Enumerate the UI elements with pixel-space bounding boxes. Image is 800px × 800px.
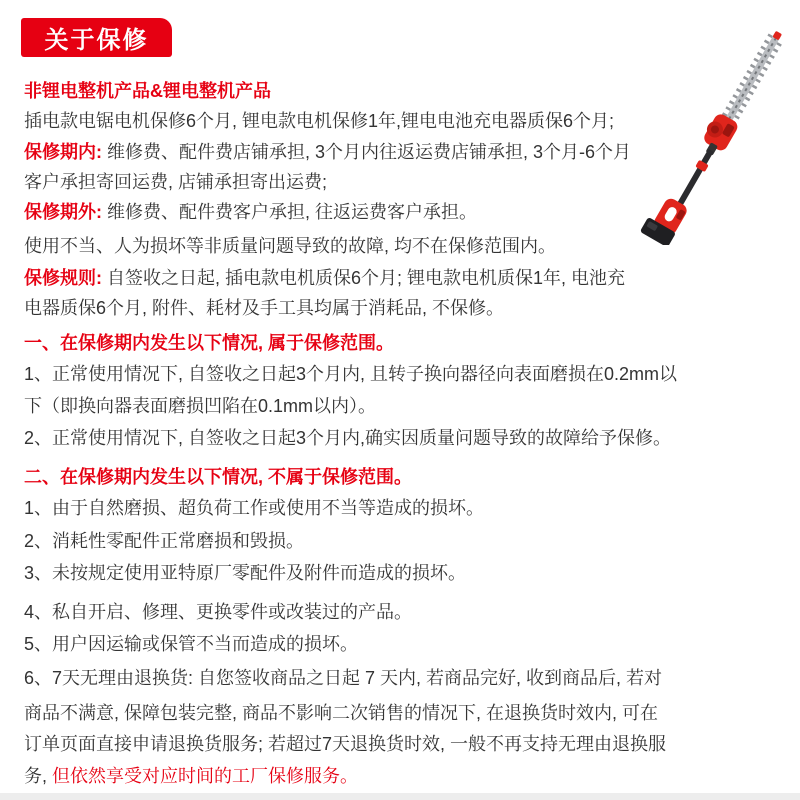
text-segment: 保修期内: [24, 142, 107, 162]
text-line: 5、用户因运输或保管不当而造成的损坏。 [24, 629, 780, 659]
text-segment: 1、由于自然磨损、超负荷工作或使用不当等造成的损坏。 [24, 498, 484, 518]
text-segment: 2、消耗性零配件正常磨损和毁损。 [24, 531, 304, 551]
text-segment: 保修期外: [24, 202, 107, 222]
text-line: 3、未按规定使用亚特原厂零配件及附件而造成的损坏。 [24, 558, 780, 588]
blade-tip-icon [772, 31, 782, 41]
text-line: 下（即换向器表面磨损凹陷在0.1mm以内）。 [24, 391, 780, 421]
text-segment: 1、正常使用情况下, 自签收之日起3个月内, 且转子换向器径向表面磨损在0.2m… [24, 364, 677, 384]
section-title-label: 关于保修 [45, 20, 149, 55]
text-segment: 使用不当、人为损坏等非质量问题导致的故障, 均不在保修范围内。 [24, 236, 556, 256]
text-line: 2、正常使用情况下, 自签收之日起3个月内,确实因质量问题导致的故障给予保修。 [24, 423, 780, 453]
text-segment: 客户承担寄回运费, 店铺承担寄出运费; [24, 172, 327, 192]
text-segment: 4、私自开启、修理、更换零件或改装过的产品。 [24, 602, 412, 622]
content-lines: 非锂电整机产品&锂电整机产品插电款电锯电机保修6个月, 锂电款电机保修1年,锂电… [24, 76, 780, 791]
bottom-divider-strip [0, 793, 800, 800]
text-line: 非锂电整机产品&锂电整机产品 [24, 76, 780, 106]
text-segment: 电器质保6个月, 附件、耗材及手工具均属于消耗品, 不保修。 [24, 298, 504, 318]
text-segment: 维修费、配件费店铺承担, 3个月内往返运费店铺承担, 3个月-6个月 [107, 142, 631, 162]
text-segment: 保修规则: [24, 268, 107, 288]
text-line: 保修期内: 维修费、配件费店铺承担, 3个月内往返运费店铺承担, 3个月-6个月 [24, 137, 780, 167]
text-line: 务, 但依然享受对应时间的工厂保修服务。 [24, 761, 780, 791]
text-line: 商品不满意, 保障包装完整, 商品不影响二次销售的情况下, 在退换货时效内, 可… [24, 698, 780, 728]
text-line: 客户承担寄回运费, 店铺承担寄出运费; [24, 167, 780, 197]
text-segment: 2、正常使用情况下, 自签收之日起3个月内,确实因质量问题导致的故障给予保修。 [24, 428, 671, 448]
text-line: 6、7天无理由退换货: 自您签收商品之日起 7 天内, 若商品完好, 收到商品后… [24, 663, 780, 693]
text-segment: 下（即换向器表面磨损凹陷在0.1mm以内）。 [24, 396, 376, 416]
text-segment: 5、用户因运输或保管不当而造成的损坏。 [24, 634, 358, 654]
text-line: 电器质保6个月, 附件、耗材及手工具均属于消耗品, 不保修。 [24, 293, 780, 323]
text-segment: 二、在保修期内发生以下情况, 不属于保修范围。 [24, 467, 412, 487]
text-segment: 维修费、配件费客户承担, 往返运费客户承担。 [107, 202, 477, 222]
text-line: 2、消耗性零配件正常磨损和毁损。 [24, 526, 780, 556]
text-line: 一、在保修期内发生以下情况, 属于保修范围。 [24, 328, 780, 358]
text-line: 使用不当、人为损坏等非质量问题导致的故障, 均不在保修范围内。 [24, 231, 780, 261]
text-segment: 3、未按规定使用亚特原厂零配件及附件而造成的损坏。 [24, 563, 466, 583]
section-title-badge: 关于保修 [21, 18, 172, 57]
text-segment: 商品不满意, 保障包装完整, 商品不影响二次销售的情况下, 在退换货时效内, 可… [24, 703, 658, 723]
text-segment: 6、7天无理由退换货: 自您签收商品之日起 7 天内, 若商品完好, 收到商品后… [24, 668, 662, 688]
text-line: 保修规则: 自签收之日起, 插电款电机质保6个月; 锂电款电机质保1年, 电池充 [24, 263, 780, 293]
text-segment: 订单页面直接申请退换货服务; 若超过7天退换货时效, 一般不再支持无理由退换服 [24, 734, 666, 754]
text-segment: 务, [24, 766, 52, 786]
text-line: 保修期外: 维修费、配件费客户承担, 往返运费客户承担。 [24, 197, 780, 227]
text-line: 1、由于自然磨损、超负荷工作或使用不当等造成的损坏。 [24, 493, 780, 523]
text-segment: 一、在保修期内发生以下情况, 属于保修范围。 [24, 333, 394, 353]
warranty-page: 关于保修 [0, 0, 800, 800]
text-segment: 但依然享受对应时间的工厂保修服务。 [52, 766, 358, 786]
text-line: 4、私自开启、修理、更换零件或改装过的产品。 [24, 597, 780, 627]
text-line: 订单页面直接申请退换货服务; 若超过7天退换货时效, 一般不再支持无理由退换服 [24, 729, 780, 759]
text-segment: 非锂电整机产品&锂电整机产品 [24, 81, 271, 101]
text-segment: 自签收之日起, 插电款电机质保6个月; 锂电款电机质保1年, 电池充 [107, 268, 625, 288]
text-line: 插电款电锯电机保修6个月, 锂电款电机保修1年,锂电电池充电器质保6个月; [24, 106, 780, 136]
text-line: 二、在保修期内发生以下情况, 不属于保修范围。 [24, 462, 780, 492]
text-segment: 插电款电锯电机保修6个月, 锂电款电机保修1年,锂电电池充电器质保6个月; [24, 111, 614, 131]
text-line: 1、正常使用情况下, 自签收之日起3个月内, 且转子换向器径向表面磨损在0.2m… [24, 359, 780, 389]
